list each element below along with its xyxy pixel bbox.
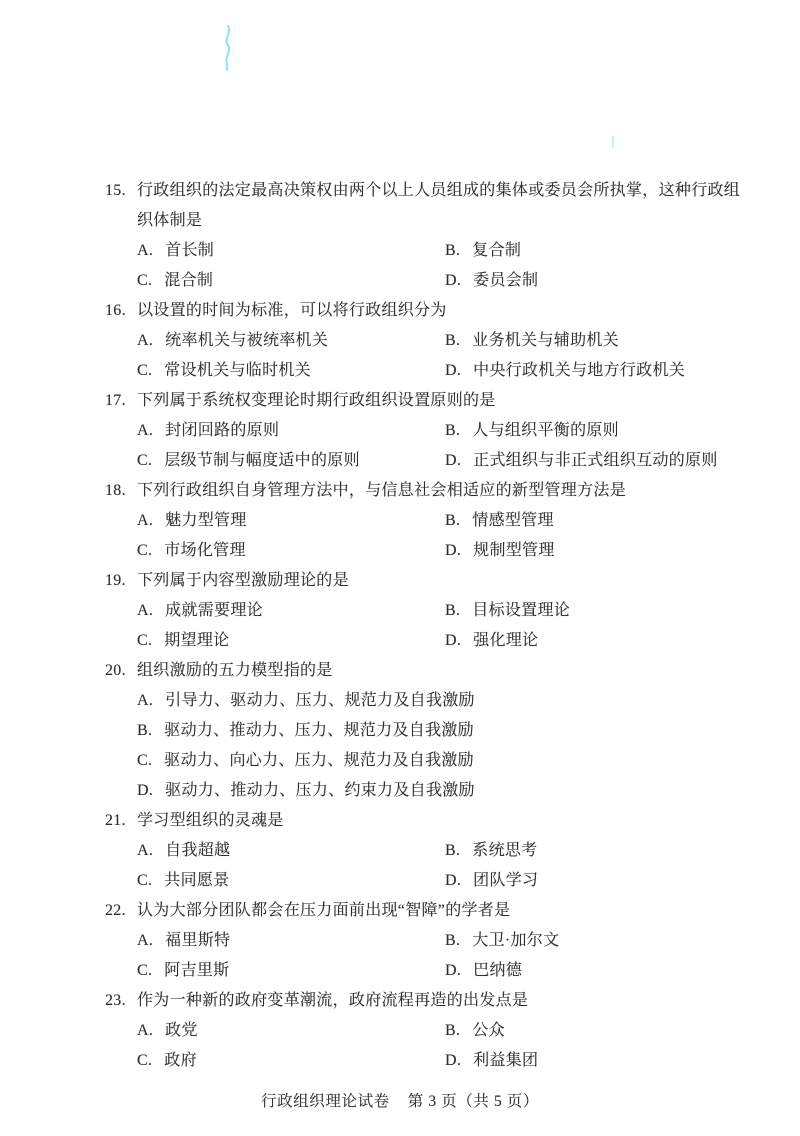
- option-text: 共同愿景: [164, 872, 229, 889]
- option-text: 政党: [165, 1022, 198, 1039]
- question-options: A.魅力型管理 B.情感型管理 C.市场化管理 D.规制型管理: [137, 506, 760, 566]
- question-number: 21.: [105, 806, 137, 836]
- option-text: 强化理论: [473, 632, 538, 649]
- question-number: 16.: [105, 296, 137, 326]
- question-options: A.成就需要理论 B.目标设置理论 C.期望理论 D.强化理论: [137, 596, 760, 656]
- option-label: D.: [445, 632, 461, 649]
- option-label: B.: [445, 1022, 460, 1039]
- option-c: C.政府: [137, 1046, 445, 1076]
- option-label: C.: [137, 872, 152, 889]
- question-15: 15. 行政组织的法定最高决策权由两个以上人员组成的集体或委员会所执掌，这种行政…: [105, 176, 760, 296]
- footer-exam-title: 行政组织理论试卷: [261, 1093, 390, 1110]
- option-c: C.驱动力、向心力、压力、规范力及自我激励: [137, 746, 760, 776]
- question-options: A.政党 B.公众 C.政府 D.利益集团: [137, 1016, 760, 1076]
- question-text: 下列属于内容型激励理论的是: [137, 566, 743, 596]
- question-21: 21. 学习型组织的灵魂是 A.自我超越 B.系统思考 C.共同愿景 D.团队学…: [105, 806, 760, 896]
- option-label: A.: [137, 512, 153, 529]
- question-number: 20.: [105, 656, 137, 686]
- option-label: B.: [445, 512, 460, 529]
- option-label: B.: [445, 242, 460, 259]
- option-text: 魅力型管理: [165, 512, 247, 529]
- option-label: B.: [445, 842, 460, 859]
- option-label: B.: [445, 602, 460, 619]
- option-text: 阿吉里斯: [164, 962, 229, 979]
- question-head: 19. 下列属于内容型激励理论的是: [105, 566, 760, 596]
- option-text: 封闭回路的原则: [165, 422, 279, 439]
- option-text: 驱动力、推动力、压力、约束力及自我激励: [165, 782, 475, 799]
- option-text: 利益集团: [473, 1052, 538, 1069]
- option-d: D.巴纳德: [445, 956, 760, 986]
- option-label: C.: [137, 962, 152, 979]
- question-16: 16. 以设置的时间为标准，可以将行政组织分为 A.统率机关与被统率机关 B.业…: [105, 296, 760, 386]
- option-d: D.团队学习: [445, 866, 760, 896]
- option-text: 首长制: [165, 242, 214, 259]
- option-b: B.人与组织平衡的原则: [445, 416, 760, 446]
- option-label: C.: [137, 272, 152, 289]
- option-b: B.大卫·加尔文: [445, 926, 760, 956]
- option-text: 情感型管理: [472, 512, 554, 529]
- question-number: 18.: [105, 476, 137, 506]
- question-19: 19. 下列属于内容型激励理论的是 A.成就需要理论 B.目标设置理论 C.期望…: [105, 566, 760, 656]
- option-a: A.魅力型管理: [137, 506, 445, 536]
- option-label: D.: [445, 872, 461, 889]
- option-a: A.统率机关与被统率机关: [137, 326, 445, 356]
- option-text: 自我超越: [165, 842, 230, 859]
- question-options: A.统率机关与被统率机关 B.业务机关与辅助机关 C.常设机关与临时机关 D.中…: [137, 326, 760, 386]
- option-b: B.驱动力、推动力、压力、规范力及自我激励: [137, 716, 760, 746]
- option-text: 复合制: [472, 242, 521, 259]
- page-footer: 行政组织理论试卷第 3 页（共 5 页）: [0, 1089, 800, 1111]
- option-c: C.期望理论: [137, 626, 445, 656]
- option-label: C.: [137, 752, 152, 769]
- option-text: 福里斯特: [165, 932, 230, 949]
- option-d: D.驱动力、推动力、压力、约束力及自我激励: [137, 776, 760, 806]
- option-text: 驱动力、向心力、压力、规范力及自我激励: [164, 752, 474, 769]
- option-text: 层级节制与幅度适中的原则: [164, 452, 360, 469]
- option-c: C.混合制: [137, 266, 445, 296]
- question-number: 23.: [105, 986, 137, 1016]
- option-label: A.: [137, 692, 153, 709]
- question-number: 17.: [105, 386, 137, 416]
- option-text: 市场化管理: [164, 542, 246, 559]
- option-label: C.: [137, 362, 152, 379]
- question-list: 15. 行政组织的法定最高决策权由两个以上人员组成的集体或委员会所执掌，这种行政…: [105, 176, 760, 1076]
- option-label: A.: [137, 602, 153, 619]
- option-text: 巴纳德: [473, 962, 522, 979]
- option-text: 委员会制: [473, 272, 538, 289]
- option-text: 正式组织与非正式组织互动的原则: [473, 452, 718, 469]
- option-a: A.成就需要理论: [137, 596, 445, 626]
- option-text: 中央行政机关与地方行政机关: [473, 362, 685, 379]
- option-text: 成就需要理论: [165, 602, 263, 619]
- option-d: D.规制型管理: [445, 536, 760, 566]
- option-d: D.强化理论: [445, 626, 760, 656]
- question-head: 16. 以设置的时间为标准，可以将行政组织分为: [105, 296, 760, 326]
- option-d: D.委员会制: [445, 266, 760, 296]
- question-head: 17. 下列属于系统权变理论时期行政组织设置原则的是: [105, 386, 760, 416]
- question-text: 认为大部分团队都会在压力面前出现“智障”的学者是: [137, 896, 743, 926]
- option-label: A.: [137, 1022, 153, 1039]
- option-label: B.: [445, 332, 460, 349]
- option-text: 混合制: [164, 272, 213, 289]
- option-label: D.: [445, 362, 461, 379]
- option-a: A.封闭回路的原则: [137, 416, 445, 446]
- question-options: A.福里斯特 B.大卫·加尔文 C.阿吉里斯 D.巴纳德: [137, 926, 760, 986]
- option-a: A.首长制: [137, 236, 445, 266]
- option-label: A.: [137, 842, 153, 859]
- option-d: D.中央行政机关与地方行政机关: [445, 356, 760, 386]
- option-c: C.市场化管理: [137, 536, 445, 566]
- option-label: C.: [137, 632, 152, 649]
- pen-scribble-mark: [218, 24, 240, 72]
- option-label: D.: [445, 542, 461, 559]
- option-text: 引导力、驱动力、压力、规范力及自我激励: [165, 692, 475, 709]
- question-22: 22. 认为大部分团队都会在压力面前出现“智障”的学者是 A.福里斯特 B.大卫…: [105, 896, 760, 986]
- option-b: B.复合制: [445, 236, 760, 266]
- option-a: A.政党: [137, 1016, 445, 1046]
- pen-speck-mark: [608, 136, 618, 148]
- option-b: B.系统思考: [445, 836, 760, 866]
- option-label: D.: [445, 962, 461, 979]
- question-number: 19.: [105, 566, 137, 596]
- question-options: A.自我超越 B.系统思考 C.共同愿景 D.团队学习: [137, 836, 760, 896]
- option-c: C.层级节制与幅度适中的原则: [137, 446, 445, 476]
- option-text: 公众: [472, 1022, 505, 1039]
- question-23: 23. 作为一种新的政府变革潮流，政府流程再造的出发点是 A.政党 B.公众 C…: [105, 986, 760, 1076]
- option-label: D.: [445, 452, 461, 469]
- question-options: A.引导力、驱动力、压力、规范力及自我激励 B.驱动力、推动力、压力、规范力及自…: [137, 686, 760, 806]
- option-a: A.福里斯特: [137, 926, 445, 956]
- option-label: B.: [445, 932, 460, 949]
- question-options: A.封闭回路的原则 B.人与组织平衡的原则 C.层级节制与幅度适中的原则 D.正…: [137, 416, 760, 476]
- option-label: A.: [137, 242, 153, 259]
- option-label: A.: [137, 422, 153, 439]
- option-b: B.目标设置理论: [445, 596, 760, 626]
- option-text: 政府: [164, 1052, 197, 1069]
- question-20: 20. 组织激励的五力模型指的是 A.引导力、驱动力、压力、规范力及自我激励 B…: [105, 656, 760, 806]
- question-head: 20. 组织激励的五力模型指的是: [105, 656, 760, 686]
- option-text: 业务机关与辅助机关: [472, 332, 619, 349]
- option-text: 系统思考: [472, 842, 537, 859]
- option-text: 期望理论: [164, 632, 229, 649]
- question-text: 以设置的时间为标准，可以将行政组织分为: [137, 296, 743, 326]
- option-c: C.共同愿景: [137, 866, 445, 896]
- question-text: 学习型组织的灵魂是: [137, 806, 743, 836]
- question-head: 23. 作为一种新的政府变革潮流，政府流程再造的出发点是: [105, 986, 760, 1016]
- option-text: 驱动力、推动力、压力、规范力及自我激励: [164, 722, 474, 739]
- option-d: D.利益集团: [445, 1046, 760, 1076]
- option-label: C.: [137, 452, 152, 469]
- option-label: D.: [445, 1052, 461, 1069]
- question-text: 下列行政组织自身管理方法中，与信息社会相适应的新型管理方法是: [137, 476, 743, 506]
- question-text: 作为一种新的政府变革潮流，政府流程再造的出发点是: [137, 986, 743, 1016]
- option-text: 常设机关与临时机关: [164, 362, 311, 379]
- question-head: 21. 学习型组织的灵魂是: [105, 806, 760, 836]
- option-label: C.: [137, 1052, 152, 1069]
- question-17: 17. 下列属于系统权变理论时期行政组织设置原则的是 A.封闭回路的原则 B.人…: [105, 386, 760, 476]
- option-text: 规制型管理: [473, 542, 555, 559]
- option-label: A.: [137, 332, 153, 349]
- option-b: B.业务机关与辅助机关: [445, 326, 760, 356]
- option-c: C.常设机关与临时机关: [137, 356, 445, 386]
- question-text: 下列属于系统权变理论时期行政组织设置原则的是: [137, 386, 743, 416]
- option-label: B.: [445, 422, 460, 439]
- question-text: 行政组织的法定最高决策权由两个以上人员组成的集体或委员会所执掌，这种行政组织体制…: [137, 176, 743, 236]
- option-text: 统率机关与被统率机关: [165, 332, 328, 349]
- question-number: 22.: [105, 896, 137, 926]
- option-c: C.阿吉里斯: [137, 956, 445, 986]
- option-text: 团队学习: [473, 872, 538, 889]
- option-a: A.自我超越: [137, 836, 445, 866]
- option-d: D.正式组织与非正式组织互动的原则: [445, 446, 760, 476]
- footer-page-number: 第 3 页（共 5 页）: [408, 1093, 539, 1110]
- option-label: D.: [445, 272, 461, 289]
- question-head: 15. 行政组织的法定最高决策权由两个以上人员组成的集体或委员会所执掌，这种行政…: [105, 176, 760, 236]
- option-a: A.引导力、驱动力、压力、规范力及自我激励: [137, 686, 760, 716]
- option-text: 人与组织平衡的原则: [472, 422, 619, 439]
- option-label: D.: [137, 782, 153, 799]
- option-text: 目标设置理论: [472, 602, 570, 619]
- question-options: A.首长制 B.复合制 C.混合制 D.委员会制: [137, 236, 760, 296]
- question-18: 18. 下列行政组织自身管理方法中，与信息社会相适应的新型管理方法是 A.魅力型…: [105, 476, 760, 566]
- exam-page: 15. 行政组织的法定最高决策权由两个以上人员组成的集体或委员会所执掌，这种行政…: [0, 0, 800, 1136]
- question-number: 15.: [105, 176, 137, 206]
- question-text: 组织激励的五力模型指的是: [137, 656, 743, 686]
- option-b: B.情感型管理: [445, 506, 760, 536]
- option-label: A.: [137, 932, 153, 949]
- question-head: 22. 认为大部分团队都会在压力面前出现“智障”的学者是: [105, 896, 760, 926]
- option-label: B.: [137, 722, 152, 739]
- question-head: 18. 下列行政组织自身管理方法中，与信息社会相适应的新型管理方法是: [105, 476, 760, 506]
- option-b: B.公众: [445, 1016, 760, 1046]
- option-label: C.: [137, 542, 152, 559]
- option-text: 大卫·加尔文: [472, 932, 559, 949]
